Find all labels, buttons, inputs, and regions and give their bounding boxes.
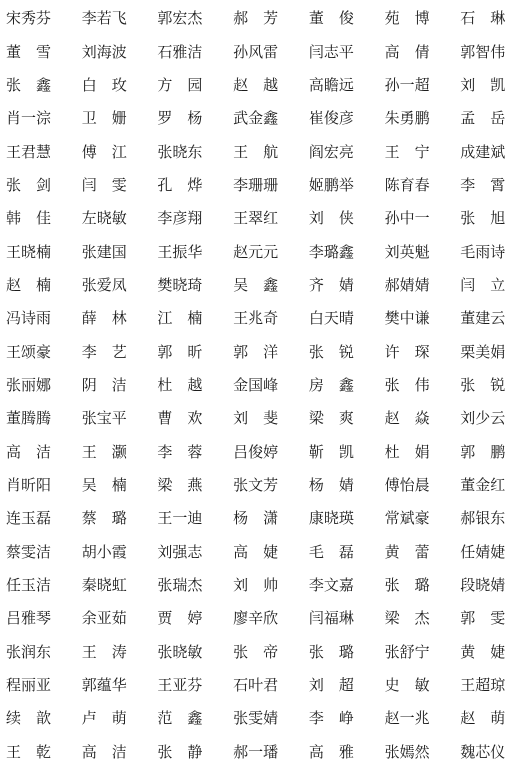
person-name: 董建云 <box>454 301 530 334</box>
person-name: 张文芳 <box>227 468 303 501</box>
person-name: 王 航 <box>227 134 303 167</box>
person-name: 崔俊彦 <box>303 101 379 134</box>
person-name: 吕雅琴 <box>0 601 76 634</box>
person-name: 赵 萌 <box>454 701 530 734</box>
person-name: 贾 婷 <box>151 601 227 634</box>
person-name: 孟 岳 <box>454 101 530 134</box>
person-name: 董金红 <box>454 468 530 501</box>
person-name: 王振华 <box>151 234 227 267</box>
person-name: 黄 蕾 <box>379 535 455 568</box>
person-name: 王一迪 <box>151 501 227 534</box>
person-name: 高 洁 <box>0 434 76 467</box>
person-name: 郝一璠 <box>227 735 303 768</box>
person-name: 程丽亚 <box>0 668 76 701</box>
person-name: 张 剑 <box>0 168 76 201</box>
person-name: 曹 欢 <box>151 401 227 434</box>
person-name: 常斌豪 <box>379 501 455 534</box>
person-name: 罗 杨 <box>151 101 227 134</box>
person-name: 靳 凯 <box>303 434 379 467</box>
person-name: 闫 雯 <box>76 168 152 201</box>
person-name: 张 伟 <box>379 368 455 401</box>
person-name: 樊晓琦 <box>151 268 227 301</box>
person-name: 张舒宁 <box>379 635 455 668</box>
person-name: 白 玫 <box>76 68 152 101</box>
person-name: 郝婧婧 <box>379 268 455 301</box>
person-name: 梁 爽 <box>303 401 379 434</box>
person-name: 杨 潇 <box>227 501 303 534</box>
person-name: 段晓婧 <box>454 568 530 601</box>
person-name: 江 楠 <box>151 301 227 334</box>
person-name: 栗美娟 <box>454 334 530 367</box>
person-name: 韩 佳 <box>0 201 76 234</box>
person-name: 阴 洁 <box>76 368 152 401</box>
person-name: 张晓敏 <box>151 635 227 668</box>
person-name: 武金鑫 <box>227 101 303 134</box>
person-name: 王颂豪 <box>0 334 76 367</box>
person-name: 闫志平 <box>303 34 379 67</box>
person-name: 范 鑫 <box>151 701 227 734</box>
person-name: 王晓楠 <box>0 234 76 267</box>
person-name: 李 艺 <box>76 334 152 367</box>
person-name: 连玉磊 <box>0 501 76 534</box>
person-name: 郭蕴华 <box>76 668 152 701</box>
person-name: 刘海波 <box>76 34 152 67</box>
person-name: 高 婕 <box>227 535 303 568</box>
person-name: 李若飞 <box>76 1 152 34</box>
person-name: 李珊珊 <box>227 168 303 201</box>
person-name: 郭宏杰 <box>151 1 227 34</box>
person-name: 赵 焱 <box>379 401 455 434</box>
person-name: 张嫣然 <box>379 735 455 768</box>
person-name: 王兆奇 <box>227 301 303 334</box>
person-name: 廖辛欣 <box>227 601 303 634</box>
person-name: 阎宏亮 <box>303 134 379 167</box>
person-name: 赵一兆 <box>379 701 455 734</box>
person-name: 王翠红 <box>227 201 303 234</box>
person-name: 张晓东 <box>151 134 227 167</box>
person-name: 石雅洁 <box>151 34 227 67</box>
person-name: 张 静 <box>151 735 227 768</box>
person-name: 李彦翔 <box>151 201 227 234</box>
person-name: 傅怡晨 <box>379 468 455 501</box>
person-name: 王 涛 <box>76 635 152 668</box>
person-name: 王君慧 <box>0 134 76 167</box>
person-name: 赵 越 <box>227 68 303 101</box>
person-name: 孙中一 <box>379 201 455 234</box>
person-name: 傅 江 <box>76 134 152 167</box>
person-name: 董腾腾 <box>0 401 76 434</box>
person-name: 康晓瑛 <box>303 501 379 534</box>
person-name: 宋秀芬 <box>0 1 76 34</box>
person-name: 杜 娟 <box>379 434 455 467</box>
person-name: 黄 婕 <box>454 635 530 668</box>
person-name: 刘 凯 <box>454 68 530 101</box>
person-name: 薛 林 <box>76 301 152 334</box>
person-name: 秦晓虹 <box>76 568 152 601</box>
person-name: 张瑞杰 <box>151 568 227 601</box>
person-name: 白天晴 <box>303 301 379 334</box>
person-name: 任玉洁 <box>0 568 76 601</box>
person-name: 胡小霞 <box>76 535 152 568</box>
person-name: 李璐鑫 <box>303 234 379 267</box>
person-name: 肖昕阳 <box>0 468 76 501</box>
person-name: 高瞻远 <box>303 68 379 101</box>
person-name: 杨 婧 <box>303 468 379 501</box>
person-name: 郭 昕 <box>151 334 227 367</box>
person-name: 续 歆 <box>0 701 76 734</box>
person-name: 刘强志 <box>151 535 227 568</box>
person-name: 陈育春 <box>379 168 455 201</box>
person-name: 张 锐 <box>454 368 530 401</box>
person-name: 张雯婧 <box>227 701 303 734</box>
person-name: 刘 侠 <box>303 201 379 234</box>
person-name: 刘英魁 <box>379 234 455 267</box>
person-name: 石叶君 <box>227 668 303 701</box>
person-name: 蔡 璐 <box>76 501 152 534</box>
person-name: 梁 杰 <box>379 601 455 634</box>
person-name: 毛 磊 <box>303 535 379 568</box>
person-name: 许 琛 <box>379 334 455 367</box>
person-name: 赵 楠 <box>0 268 76 301</box>
person-name: 任婧婕 <box>454 535 530 568</box>
person-name: 梁 燕 <box>151 468 227 501</box>
person-name: 成建斌 <box>454 134 530 167</box>
person-name: 杜 越 <box>151 368 227 401</box>
person-name: 朱勇鹏 <box>379 101 455 134</box>
person-name: 毛雨诗 <box>454 234 530 267</box>
person-name: 张宝平 <box>76 401 152 434</box>
person-name: 左晓敏 <box>76 201 152 234</box>
person-name: 蔡雯洁 <box>0 535 76 568</box>
person-name: 高 雅 <box>303 735 379 768</box>
person-name: 高 倩 <box>379 34 455 67</box>
person-name: 卫 姗 <box>76 101 152 134</box>
person-name: 刘 斐 <box>227 401 303 434</box>
person-name: 冯诗雨 <box>0 301 76 334</box>
person-name: 余亚茹 <box>76 601 152 634</box>
page: 宋秀芬李若飞郭宏杰郝 芳董 俊苑 博石 琳董 雪刘海波石雅洁孙风雷闫志平高 倩郭… <box>0 0 530 769</box>
person-name: 姬鹏举 <box>303 168 379 201</box>
person-name: 房 鑫 <box>303 368 379 401</box>
person-name: 高 洁 <box>76 735 152 768</box>
person-name: 刘少云 <box>454 401 530 434</box>
person-name: 张爱凤 <box>76 268 152 301</box>
person-name: 李 蓉 <box>151 434 227 467</box>
person-name: 刘 超 <box>303 668 379 701</box>
person-name: 吴 楠 <box>76 468 152 501</box>
person-name: 李 霄 <box>454 168 530 201</box>
person-name: 张 帝 <box>227 635 303 668</box>
person-name: 王 灏 <box>76 434 152 467</box>
person-name: 魏芯仪 <box>454 735 530 768</box>
person-name: 李文嘉 <box>303 568 379 601</box>
person-name: 张 鑫 <box>0 68 76 101</box>
person-name: 董 雪 <box>0 34 76 67</box>
person-name: 郭 雯 <box>454 601 530 634</box>
person-name: 王亚芬 <box>151 668 227 701</box>
person-name: 金国峰 <box>227 368 303 401</box>
person-name: 张 璐 <box>303 635 379 668</box>
person-name: 方 园 <box>151 68 227 101</box>
person-name: 王 乾 <box>0 735 76 768</box>
person-name: 闫 立 <box>454 268 530 301</box>
person-name: 董 俊 <box>303 1 379 34</box>
person-name: 郭 洋 <box>227 334 303 367</box>
person-name: 张 锐 <box>303 334 379 367</box>
person-name: 张 旭 <box>454 201 530 234</box>
person-name: 张 璐 <box>379 568 455 601</box>
person-name: 李 峥 <box>303 701 379 734</box>
person-name: 吕俊婷 <box>227 434 303 467</box>
person-name: 张润东 <box>0 635 76 668</box>
name-grid: 宋秀芬李若飞郭宏杰郝 芳董 俊苑 博石 琳董 雪刘海波石雅洁孙风雷闫志平高 倩郭… <box>0 1 530 768</box>
person-name: 齐 婧 <box>303 268 379 301</box>
person-name: 卢 萌 <box>76 701 152 734</box>
person-name: 张丽娜 <box>0 368 76 401</box>
person-name: 赵元元 <box>227 234 303 267</box>
person-name: 张建国 <box>76 234 152 267</box>
person-name: 闫福琳 <box>303 601 379 634</box>
person-name: 孔 烨 <box>151 168 227 201</box>
person-name: 苑 博 <box>379 1 455 34</box>
person-name: 孙一超 <box>379 68 455 101</box>
person-name: 王超琼 <box>454 668 530 701</box>
person-name: 郝 芳 <box>227 1 303 34</box>
person-name: 樊中谦 <box>379 301 455 334</box>
person-name: 刘 帅 <box>227 568 303 601</box>
person-name: 吴 鑫 <box>227 268 303 301</box>
person-name: 孙风雷 <box>227 34 303 67</box>
person-name: 郭智伟 <box>454 34 530 67</box>
person-name: 石 琳 <box>454 1 530 34</box>
person-name: 肖一淙 <box>0 101 76 134</box>
person-name: 王 宁 <box>379 134 455 167</box>
person-name: 郝银东 <box>454 501 530 534</box>
person-name: 郭 鹏 <box>454 434 530 467</box>
person-name: 史 敏 <box>379 668 455 701</box>
